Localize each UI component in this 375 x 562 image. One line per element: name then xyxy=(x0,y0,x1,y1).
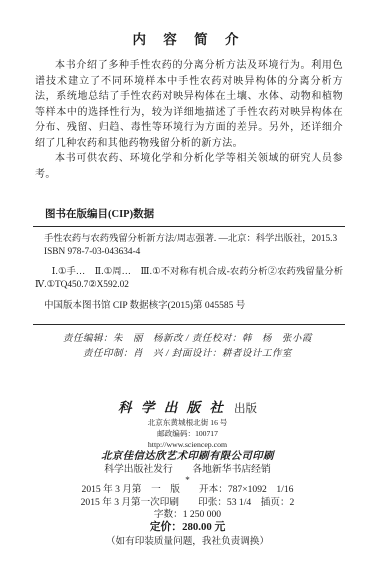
cip-divider-bottom xyxy=(33,324,345,325)
content-summary-paragraph-1: 本书介绍了多种手性农药的分离分析方法及环境行为。利用色谱技术建立了不同环境样本中… xyxy=(35,58,343,151)
star-divider: * xyxy=(0,476,375,484)
content-summary-paragraph-2: 本书可供农药、环境化学和分析化学等相关领域的研究人员参考。 xyxy=(35,151,343,182)
quality-note: （如有印装质量问题，我社负责调换） xyxy=(0,535,375,549)
content-summary-section: 内 容 简 介 本书介绍了多种手性农药的分离分析方法及环境行为。利用色谱技术建立… xyxy=(0,0,375,182)
cip-registry-number: 中国版本图书馆 CIP 数据核字(2015)第 045585 号 xyxy=(35,300,343,312)
price-line: 定价：280.00 元 xyxy=(0,521,375,535)
publisher-website: http://www.sciencep.com xyxy=(0,439,375,451)
publisher-postcode: 邮政编码：100717 xyxy=(0,429,375,439)
book-copyright-page: 内 容 简 介 本书介绍了多种手性农药的分离分析方法及环境行为。利用色谱技术建立… xyxy=(0,0,375,562)
publisher-publish-label: 出版 xyxy=(234,403,257,415)
colophon-section: 科 学 出 版 社 出版 北京东黄城根北街 16 号 邮政编码：100717 h… xyxy=(0,399,375,548)
credits-printing-design-line: 责任印制：肖 兴 / 封面设计：耕者设计工作室 xyxy=(0,347,375,362)
word-count-line: 字数：1 250 000 xyxy=(0,509,375,521)
edition-line: 2015 年 3 月第 一 版 开本：787×1092 1/16 xyxy=(0,484,375,497)
publisher-name-line: 科 学 出 版 社 出版 xyxy=(0,399,375,418)
content-summary-title: 内 容 简 介 xyxy=(35,28,343,48)
publisher-address: 北京东黄城根北街 16 号 xyxy=(0,418,375,429)
publisher-name: 科 学 出 版 社 xyxy=(118,400,226,415)
printing-line: 2015 年 3 月第一次印刷 印张：53 1/4 插页：2 xyxy=(0,497,375,510)
cip-classification: Ⅰ.①手… Ⅱ.①周… Ⅲ.①不对称有机合成-农药分析②农药残留量分析 Ⅳ.①T… xyxy=(35,266,343,291)
cip-title-line: 手性农药与农药残留分析新方法/周志强著. —北京：科学出版社，2015.3 xyxy=(35,233,343,246)
printer-name: 北京佳信达欣艺术印刷有限公司印刷 xyxy=(0,450,375,463)
cip-isbn: ISBN 978-7-03-043634-4 xyxy=(35,246,343,259)
cip-body: 手性农药与农药残留分析新方法/周志强著. —北京：科学出版社，2015.3 IS… xyxy=(33,227,345,324)
cip-section: 图书在版编目(CIP)数据 手性农药与农药残留分析新方法/周志强著. —北京：科… xyxy=(33,206,345,325)
credits-editors-line: 责任编辑：朱 丽 杨新改 / 责任校对：韩 杨 张小霞 xyxy=(0,332,375,347)
credits-section: 责任编辑：朱 丽 杨新改 / 责任校对：韩 杨 张小霞 责任印制：肖 兴 / 封… xyxy=(0,332,375,362)
cip-header: 图书在版编目(CIP)数据 xyxy=(33,206,345,221)
